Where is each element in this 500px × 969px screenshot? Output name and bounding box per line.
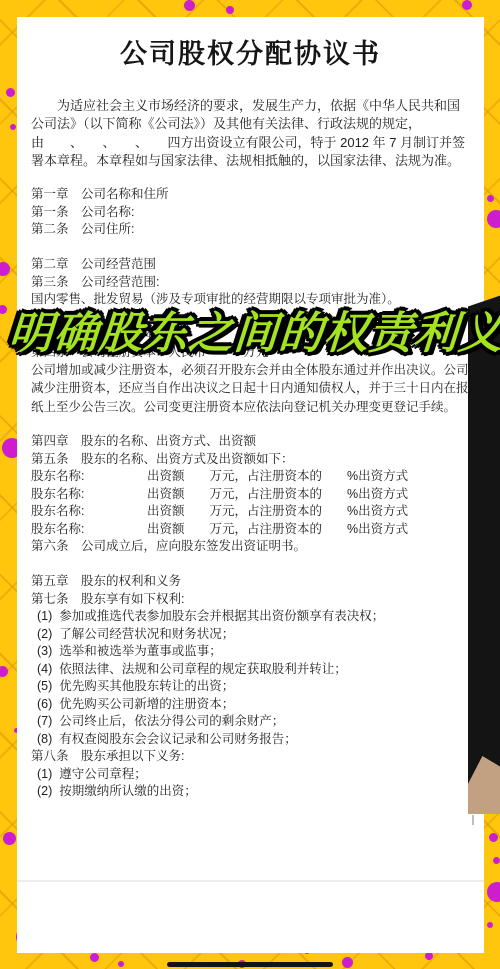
slogan-overlay: 明确股东之间的权责利义 <box>7 297 500 361</box>
doc-line: 股东名称: 出资额 万元，占注册资本的 %出资方式 <box>31 503 470 521</box>
magenta-dot <box>10 124 16 130</box>
person-face <box>468 756 500 814</box>
document-title: 公司股权分配协议书 <box>31 37 470 71</box>
doc-line: 第六条 公司成立后，应向股东签发出资证明书。 <box>31 538 470 556</box>
magenta-dot <box>462 0 472 10</box>
doc-line: 股东名称: 出资额 万元，占注册资本的 %出资方式 <box>31 468 470 486</box>
document-page: 公司股权分配协议书 为适应社会主义市场经济的要求，发展生产力，依据《中华人民共和… <box>17 17 484 953</box>
doc-line <box>31 556 470 574</box>
magenta-dot <box>425 952 433 960</box>
home-indicator-bar[interactable] <box>167 962 333 967</box>
doc-line: 第一章 公司名称和住所 <box>31 186 470 204</box>
doc-line: (3) 选举和被选举为董事或监事； <box>31 643 470 661</box>
magenta-dot <box>487 210 500 228</box>
magenta-dot <box>6 88 15 97</box>
doc-line: 股东名称: 出资额 万元，占注册资本的 %出资方式 <box>31 521 470 539</box>
doc-line: (1) 遵守公司章程； <box>31 766 470 784</box>
doc-line: 第五条 股东的名称、出资方式及出资额如下： <box>31 451 470 469</box>
magenta-dot <box>184 0 195 11</box>
doc-line: 第二章 公司经营范围 <box>31 256 470 274</box>
doc-line: (6) 优先购买公司新增的注册资本； <box>31 696 470 714</box>
doc-line: 第八条 股东承担以下义务: <box>31 748 470 766</box>
magenta-dot <box>226 6 234 14</box>
doc-line <box>31 239 470 257</box>
doc-line: (7) 公司终止后，依法分得公司的剩余财产； <box>31 713 470 731</box>
magenta-dot <box>489 833 498 842</box>
person-silhouette <box>468 293 500 814</box>
magenta-dot <box>487 922 493 928</box>
doc-line: 第五章 股东的权利和义务 <box>31 573 470 591</box>
doc-line: 股东名称: 出资额 万元，占注册资本的 %出资方式 <box>31 486 470 504</box>
doc-line: (1) 参加或推选代表参加股东会并根据其出资份额享有表决权； <box>31 608 470 626</box>
magenta-dot <box>487 195 494 202</box>
magenta-dot <box>3 832 16 845</box>
doc-line: (5) 优先购买其他股东转让的出资； <box>31 678 470 696</box>
doc-line: 第一条 公司名称: <box>31 204 470 222</box>
doc-line: 公司增加或减少注册资本，必须召开股东会并由全体股东通过并作出决议。公司减少注册资… <box>31 361 470 416</box>
document-intro-paragraph: 为适应社会主义市场经济的要求，发展生产力，依据《中华人民共和国公司法》（以下简称… <box>31 97 470 170</box>
scrollbar-mark <box>472 815 474 825</box>
doc-line: (2) 按期缴纳所认缴的出资； <box>31 783 470 801</box>
doc-line: (2) 了解公司经营状况和财务状况； <box>31 626 470 644</box>
magenta-dot <box>342 957 353 968</box>
magenta-dot <box>493 857 500 864</box>
doc-line <box>31 416 470 434</box>
magenta-dot <box>90 953 99 962</box>
doc-line: (8) 有权查阅股东会会议记录和公司财务报告； <box>31 731 470 749</box>
doc-line: 第四章 股东的名称、出资方式、出资额 <box>31 433 470 451</box>
document-body: 第一章 公司名称和住所第一条 公司名称:第二条 公司住所: 第二章 公司经营范围… <box>31 186 470 801</box>
section-divider-line <box>17 880 484 882</box>
doc-line: 第七条 股东享有如下权利: <box>31 591 470 609</box>
doc-line: (4) 依照法律、法规和公司章程的规定获取股利并转让； <box>31 661 470 679</box>
magenta-dot <box>487 882 500 902</box>
doc-line: 第二条 公司住所: <box>31 221 470 239</box>
doc-line: 第三条 公司经营范围: <box>31 274 470 292</box>
magenta-dot <box>118 961 124 967</box>
